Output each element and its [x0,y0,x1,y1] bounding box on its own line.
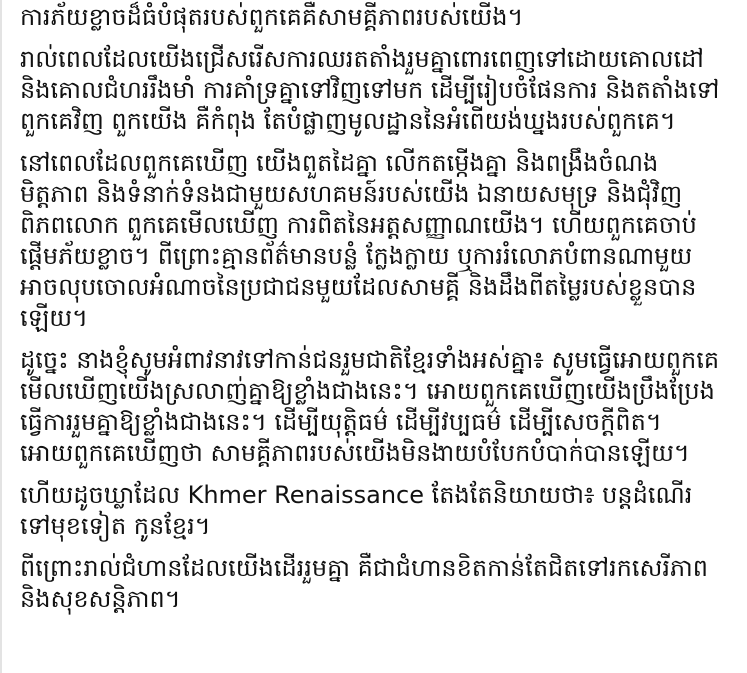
paragraph-when-they-see: នៅពេលដែលពួកគេឃើញ យើងពួតដៃគ្នា លើកតម្កើងគ… [20,148,721,334]
paragraph-greatest-fear: ការភ័យខ្លាចដ៏ធំបំផុតរបស់ពួកគេគឺសាមគ្គីភា… [20,2,721,33]
document-body: ការភ័យខ្លាចដ៏ធំបំផុតរបស់ពួកគេគឺសាមគ្គីភា… [0,0,745,673]
paragraph-khmer-renaissance-quote: ហើយដូចឃ្លាដែល Khmer Renaissance តែងតែនិយ… [20,480,721,542]
paragraph-closing: ពីព្រោះរាល់ជំហានដែលយើងដើររួមគ្នា គឺជាជំហ… [20,553,721,615]
paragraph-standing-together: រាល់ពេលដែលយើងជ្រើសរើសការឈរតតាំងរួមគ្នាពោ… [20,44,721,137]
paragraph-call-to-action: ដូច្នេះ នាងខ្ញុំសូមអំពាវនាវទៅកាន់ជនរួមជា… [20,345,721,469]
